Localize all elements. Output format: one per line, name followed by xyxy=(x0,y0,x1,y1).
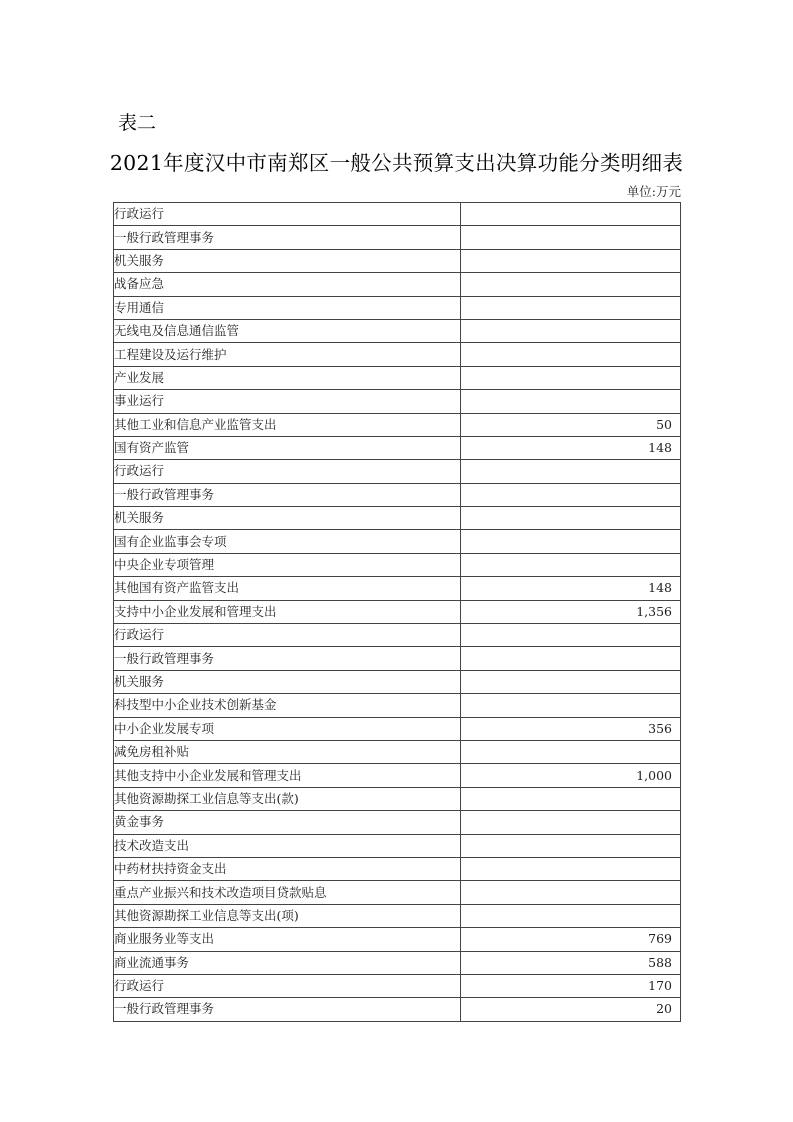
item-name-cell: 其他工业和信息产业监管支出 xyxy=(114,413,461,436)
item-name-cell: 黄金事务 xyxy=(114,811,461,834)
item-name-cell: 其他资源勘探工业信息等支出(项) xyxy=(114,904,461,927)
amount-cell xyxy=(461,647,681,670)
amount-cell: 588 xyxy=(461,951,681,974)
item-name-cell: 行政运行 xyxy=(114,974,461,997)
amount-cell xyxy=(461,553,681,576)
table-row: 其他资源勘探工业信息等支出(项) xyxy=(114,904,681,927)
table-row: 一般行政管理事务 xyxy=(114,647,681,670)
item-name-cell: 工程建设及运行维护 xyxy=(114,343,461,366)
table-row: 中央企业专项管理 xyxy=(114,553,681,576)
table-row: 商业流通事务588 xyxy=(114,951,681,974)
amount-cell xyxy=(461,904,681,927)
item-name-cell: 行政运行 xyxy=(114,624,461,647)
table-row: 科技型中小企业技术创新基金 xyxy=(114,694,681,717)
item-name-cell: 行政运行 xyxy=(114,203,461,226)
item-name-cell: 专用通信 xyxy=(114,296,461,319)
amount-cell xyxy=(461,670,681,693)
unit-label: 单位:万元 xyxy=(627,182,681,200)
table-row: 技术改造支出 xyxy=(114,834,681,857)
expenditure-table: 行政运行一般行政管理事务机关服务战备应急专用通信无线电及信息通信监管工程建设及运… xyxy=(113,202,681,1022)
amount-cell: 20 xyxy=(461,998,681,1021)
item-name-cell: 其他资源勘探工业信息等支出(款) xyxy=(114,787,461,810)
amount-cell xyxy=(461,857,681,880)
table-row: 战备应急 xyxy=(114,273,681,296)
amount-cell: 356 xyxy=(461,717,681,740)
amount-cell xyxy=(461,834,681,857)
amount-cell: 148 xyxy=(461,577,681,600)
item-name-cell: 战备应急 xyxy=(114,273,461,296)
amount-cell xyxy=(461,530,681,553)
item-name-cell: 商业流通事务 xyxy=(114,951,461,974)
item-name-cell: 其他国有资产监管支出 xyxy=(114,577,461,600)
table-row: 其他支持中小企业发展和管理支出1,000 xyxy=(114,764,681,787)
item-name-cell: 重点产业振兴和技术改造项目贷款贴息 xyxy=(114,881,461,904)
item-name-cell: 一般行政管理事务 xyxy=(114,483,461,506)
amount-cell xyxy=(461,296,681,319)
item-name-cell: 一般行政管理事务 xyxy=(114,647,461,670)
amount-cell xyxy=(461,624,681,647)
item-name-cell: 行政运行 xyxy=(114,460,461,483)
amount-cell xyxy=(461,694,681,717)
item-name-cell: 一般行政管理事务 xyxy=(114,998,461,1021)
table-row: 一般行政管理事务 xyxy=(114,226,681,249)
item-name-cell: 一般行政管理事务 xyxy=(114,226,461,249)
item-name-cell: 事业运行 xyxy=(114,390,461,413)
item-name-cell: 产业发展 xyxy=(114,366,461,389)
amount-cell xyxy=(461,390,681,413)
amount-cell xyxy=(461,249,681,272)
table-row: 支持中小企业发展和管理支出1,356 xyxy=(114,600,681,623)
amount-cell: 148 xyxy=(461,436,681,459)
table-row: 无线电及信息通信监管 xyxy=(114,319,681,342)
amount-cell xyxy=(461,787,681,810)
amount-cell xyxy=(461,203,681,226)
table-row: 行政运行 xyxy=(114,624,681,647)
table-row: 产业发展 xyxy=(114,366,681,389)
amount-cell xyxy=(461,483,681,506)
amount-cell xyxy=(461,343,681,366)
item-name-cell: 无线电及信息通信监管 xyxy=(114,319,461,342)
amount-cell xyxy=(461,740,681,763)
table-row: 一般行政管理事务20 xyxy=(114,998,681,1021)
table-row: 机关服务 xyxy=(114,249,681,272)
table-row: 中药材扶持资金支出 xyxy=(114,857,681,880)
item-name-cell: 机关服务 xyxy=(114,507,461,530)
amount-cell xyxy=(461,811,681,834)
table-row: 事业运行 xyxy=(114,390,681,413)
item-name-cell: 中小企业发展专项 xyxy=(114,717,461,740)
table-row: 其他资源勘探工业信息等支出(款) xyxy=(114,787,681,810)
table-row: 国有企业监事会专项 xyxy=(114,530,681,553)
table-row: 行政运行170 xyxy=(114,974,681,997)
item-name-cell: 中药材扶持资金支出 xyxy=(114,857,461,880)
table-row: 行政运行 xyxy=(114,203,681,226)
table-row: 机关服务 xyxy=(114,670,681,693)
item-name-cell: 减免房租补贴 xyxy=(114,740,461,763)
table-row: 减免房租补贴 xyxy=(114,740,681,763)
amount-cell: 1,356 xyxy=(461,600,681,623)
item-name-cell: 其他支持中小企业发展和管理支出 xyxy=(114,764,461,787)
item-name-cell: 商业服务业等支出 xyxy=(114,928,461,951)
table-row: 黄金事务 xyxy=(114,811,681,834)
page-title: 2021年度汉中市南郑区一般公共预算支出决算功能分类明细表 xyxy=(0,146,793,176)
item-name-cell: 支持中小企业发展和管理支出 xyxy=(114,600,461,623)
item-name-cell: 机关服务 xyxy=(114,249,461,272)
table-row: 专用通信 xyxy=(114,296,681,319)
amount-cell xyxy=(461,226,681,249)
amount-cell: 769 xyxy=(461,928,681,951)
table-row: 行政运行 xyxy=(114,460,681,483)
table-number-label: 表二 xyxy=(118,108,156,135)
item-name-cell: 国有企业监事会专项 xyxy=(114,530,461,553)
item-name-cell: 国有资产监管 xyxy=(114,436,461,459)
amount-cell xyxy=(461,319,681,342)
item-name-cell: 中央企业专项管理 xyxy=(114,553,461,576)
table-row: 国有资产监管148 xyxy=(114,436,681,459)
amount-cell xyxy=(461,273,681,296)
amount-cell xyxy=(461,366,681,389)
item-name-cell: 科技型中小企业技术创新基金 xyxy=(114,694,461,717)
table-row: 其他工业和信息产业监管支出50 xyxy=(114,413,681,436)
amount-cell xyxy=(461,507,681,530)
table-row: 重点产业振兴和技术改造项目贷款贴息 xyxy=(114,881,681,904)
table-row: 商业服务业等支出769 xyxy=(114,928,681,951)
table-row: 中小企业发展专项356 xyxy=(114,717,681,740)
item-name-cell: 机关服务 xyxy=(114,670,461,693)
table-body: 行政运行一般行政管理事务机关服务战备应急专用通信无线电及信息通信监管工程建设及运… xyxy=(114,203,681,1022)
table-row: 一般行政管理事务 xyxy=(114,483,681,506)
table-row: 工程建设及运行维护 xyxy=(114,343,681,366)
amount-cell xyxy=(461,460,681,483)
amount-cell: 50 xyxy=(461,413,681,436)
amount-cell: 1,000 xyxy=(461,764,681,787)
table-row: 机关服务 xyxy=(114,507,681,530)
item-name-cell: 技术改造支出 xyxy=(114,834,461,857)
amount-cell xyxy=(461,881,681,904)
table-row: 其他国有资产监管支出148 xyxy=(114,577,681,600)
amount-cell: 170 xyxy=(461,974,681,997)
